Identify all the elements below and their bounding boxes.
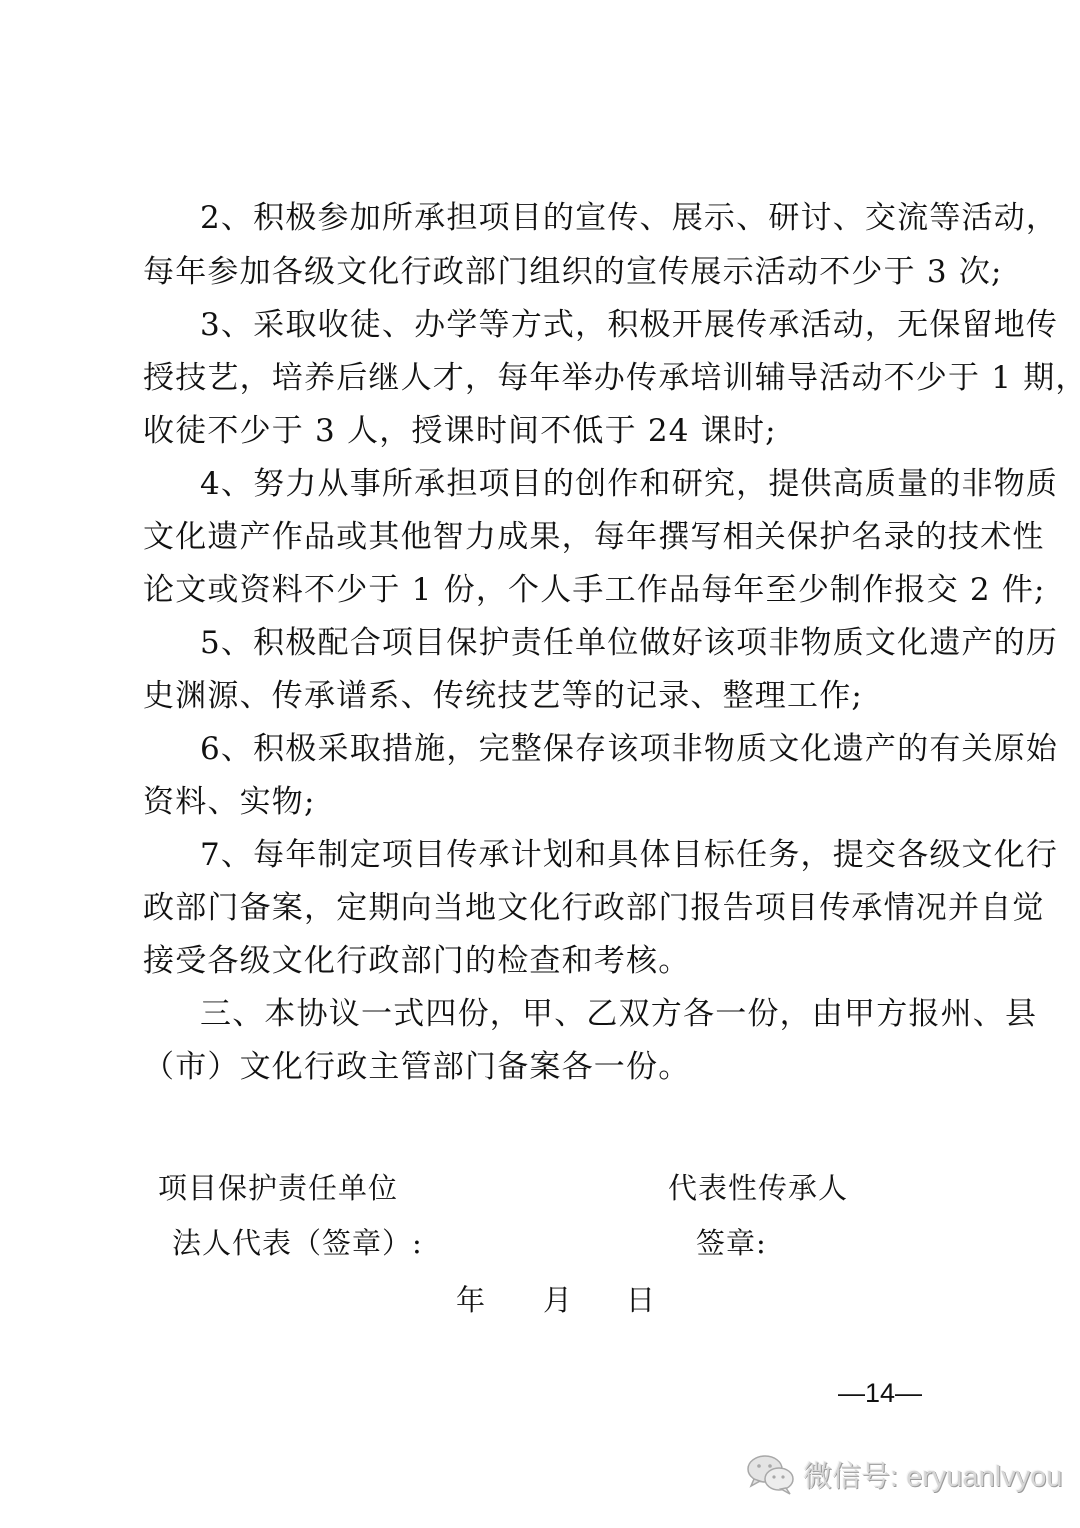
paragraph-5-line-2: 史渊源、传承谱系、传统技艺等的记录、整理工作; (143, 676, 943, 716)
paragraph-6-line-1: 6、积极采取措施，完整保存该项非物质文化遗产的有关原始 (200, 729, 1000, 769)
signature-left-title: 项目保护责任单位 (158, 1168, 398, 1208)
paragraph-2-line-1: 2、积极参加所承担项目的宣传、展示、研讨、交流等活动， (200, 198, 1000, 238)
paragraph-4-line-3: 论文或资料不少于 1 份，个人手工作品每年至少制作报交 2 件; (143, 570, 943, 610)
section-3-line-1: 三、本协议一式四份，甲、乙双方各一份，由甲方报州、县 (200, 994, 1000, 1034)
date-year: 年 (456, 1280, 485, 1320)
date-month: 月 (543, 1280, 572, 1320)
wechat-watermark: 微信号: eryuanlvyou (745, 1452, 1063, 1496)
wechat-icon (745, 1452, 797, 1496)
paragraph-4-line-1: 4、努力从事所承担项目的创作和研究，提供高质量的非物质 (200, 464, 1000, 504)
date-day: 日 (626, 1280, 655, 1320)
paragraph-5-line-1: 5、积极配合项目保护责任单位做好该项非物质文化遗产的历 (200, 623, 1000, 663)
wechat-id-text: 微信号: eryuanlvyou (803, 1454, 1063, 1495)
paragraph-2-line-2: 每年参加各级文化行政部门组织的宣传展示活动不少于 3 次; (143, 252, 943, 292)
page-number: —14— (838, 1376, 922, 1410)
paragraph-3-line-1: 3、采取收徒、办学等方式，积极开展传承活动，无保留地传 (200, 305, 1000, 345)
paragraph-6-line-2: 资料、实物; (143, 782, 943, 822)
document-page: 2、积极参加所承担项目的宣传、展示、研讨、交流等活动， 每年参加各级文化行政部门… (0, 0, 1080, 1528)
signature-right-label: 签章: (696, 1223, 767, 1263)
signature-right-title: 代表性传承人 (668, 1168, 848, 1208)
paragraph-3-line-3: 收徒不少于 3 人，授课时间不低于 24 课时; (143, 411, 943, 451)
signature-left-label: 法人代表（签章）: (172, 1223, 423, 1263)
paragraph-7-line-3: 接受各级文化行政部门的检查和考核。 (143, 941, 943, 981)
paragraph-3-line-2: 授技艺，培养后继人才，每年举办传承培训辅导活动不少于 1 期， (143, 358, 943, 398)
paragraph-7-line-1: 7、每年制定项目传承计划和具体目标任务，提交各级文化行 (200, 835, 1000, 875)
section-3-line-2: （市）文化行政主管部门备案各一份。 (143, 1047, 943, 1087)
paragraph-7-line-2: 政部门备案，定期向当地文化行政部门报告项目传承情况并自觉 (143, 888, 943, 928)
paragraph-4-line-2: 文化遗产作品或其他智力成果，每年撰写相关保护名录的技术性 (143, 517, 943, 557)
